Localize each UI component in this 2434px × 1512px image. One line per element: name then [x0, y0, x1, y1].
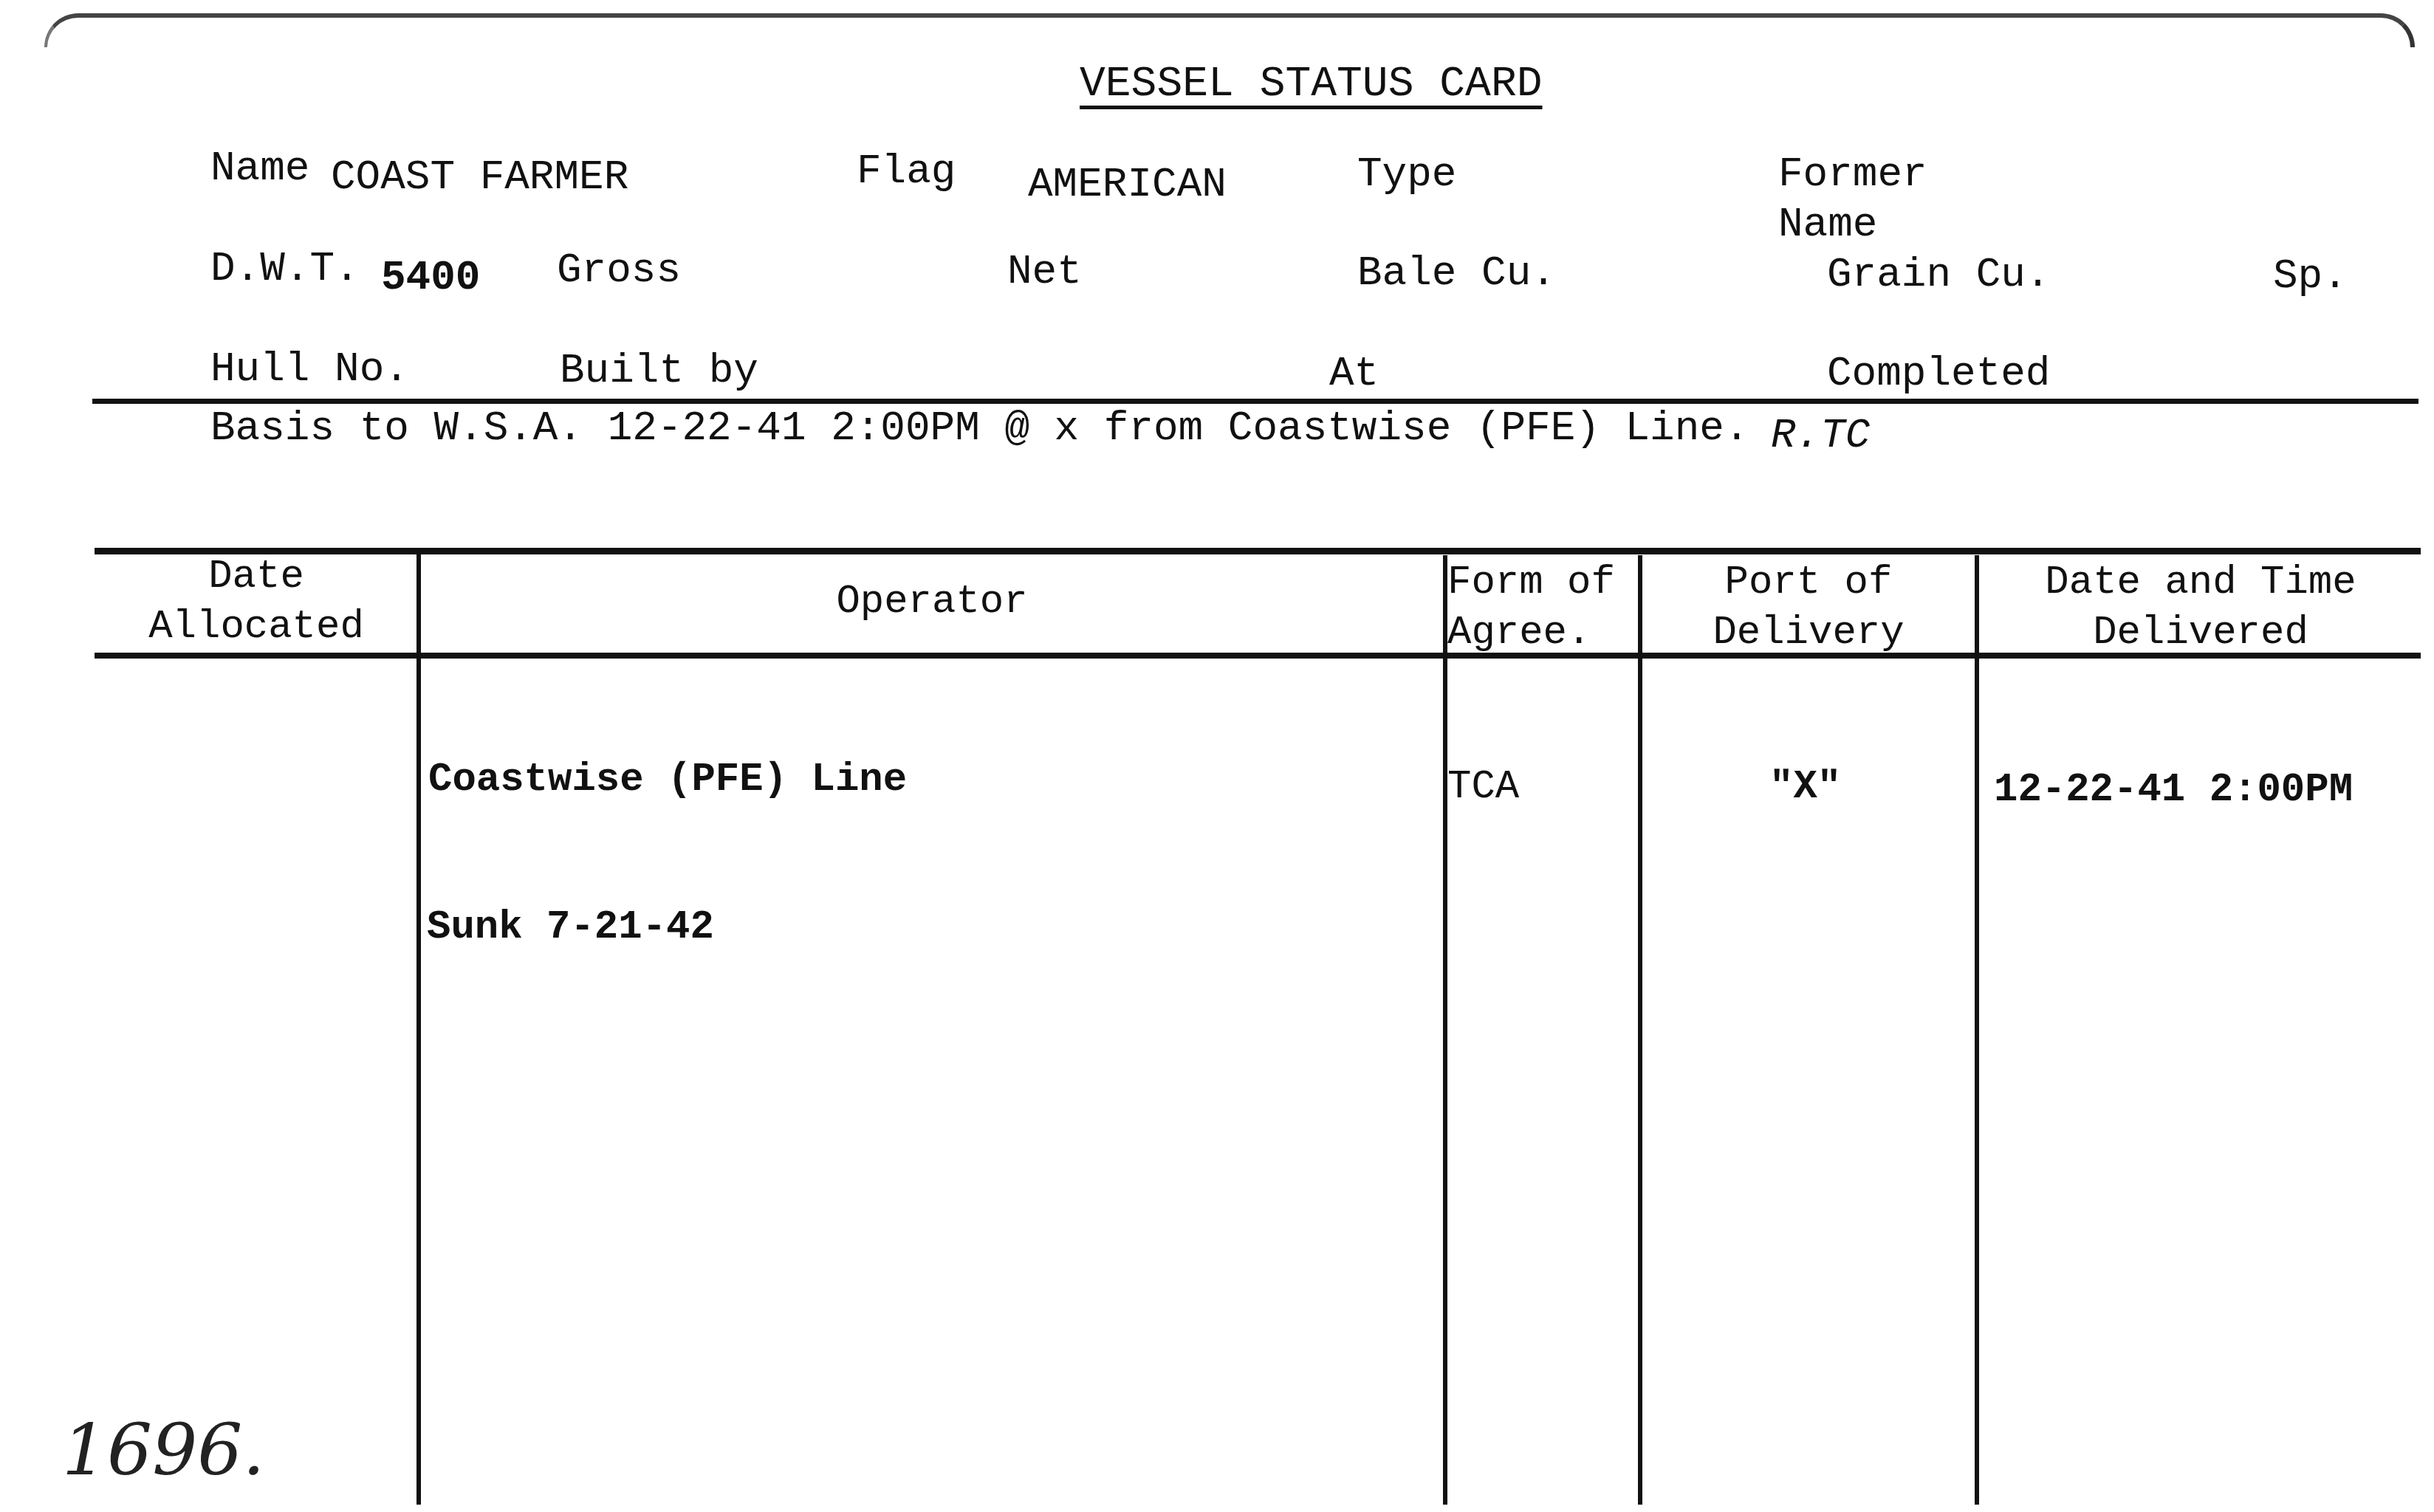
flag-label: Flag	[857, 148, 956, 195]
completed-label: Completed	[1827, 350, 2050, 397]
column-divider-2	[1443, 555, 1447, 1505]
header-line: Form of	[1447, 558, 1638, 608]
header-date-allocated: Date Allocated	[96, 552, 416, 653]
operator-cell: Sunk 7-21-42	[427, 905, 714, 950]
dwt-label: D.W.T.	[210, 245, 360, 292]
column-divider-1	[416, 552, 421, 1505]
built-by-label: Built by	[560, 347, 758, 394]
header-line: Date and Time	[1979, 558, 2422, 608]
header-line: Allocated	[96, 602, 416, 653]
net-label: Net	[1007, 248, 1082, 295]
header-line: Delivery	[1642, 608, 1975, 659]
card-title: VESSEL STATUS CARD	[1080, 61, 1543, 109]
name-value: COAST FARMER	[331, 154, 628, 201]
header-date-time-delivered: Date and Time Delivered	[1979, 558, 2422, 659]
at-label: At	[1329, 350, 1379, 397]
header-line: Date	[96, 552, 416, 602]
type-label: Type	[1357, 151, 1456, 198]
operator-cell: Coastwise (PFE) Line	[428, 757, 907, 803]
header-port-of-delivery: Port of Delivery	[1642, 558, 1975, 659]
header-line: Agree.	[1447, 608, 1638, 659]
delivered-cell: 12-22-41 2:00PM	[1994, 768, 2353, 813]
bale-cu-label: Bale Cu.	[1357, 250, 1556, 297]
basis-text: Basis to W.S.A. 12-22-41 2:00PM @ x from…	[210, 405, 1749, 452]
handwritten-card-number: 1696.	[62, 1409, 265, 1491]
table-top-border	[95, 548, 2421, 554]
dwt-value: 5400	[381, 254, 480, 301]
header-line: Operator	[421, 577, 1443, 628]
form-cell: TCA	[1447, 765, 1519, 810]
former-name-label-2: Name	[1778, 201, 1877, 248]
header-line: Delivered	[1979, 608, 2422, 659]
basis-initials: R.TC	[1771, 412, 1870, 459]
column-divider-3	[1638, 555, 1642, 1505]
port-cell: "X"	[1769, 765, 1841, 810]
header-divider	[92, 399, 2418, 404]
card-top-edge	[44, 13, 2415, 47]
header-operator: Operator	[421, 577, 1443, 628]
gross-label: Gross	[557, 247, 681, 294]
name-label: Name	[210, 145, 309, 192]
former-name-label-1: Former	[1778, 151, 1927, 198]
header-line: Port of	[1642, 558, 1975, 608]
flag-value: AMERICAN	[1028, 161, 1227, 208]
header-form-of-agree: Form of Agree.	[1447, 558, 1638, 659]
speed-label: Sp.	[2273, 252, 2348, 300]
grain-cu-label: Grain Cu.	[1827, 251, 2050, 298]
hull-no-label: Hull No.	[210, 346, 409, 393]
column-divider-4	[1975, 555, 1979, 1505]
